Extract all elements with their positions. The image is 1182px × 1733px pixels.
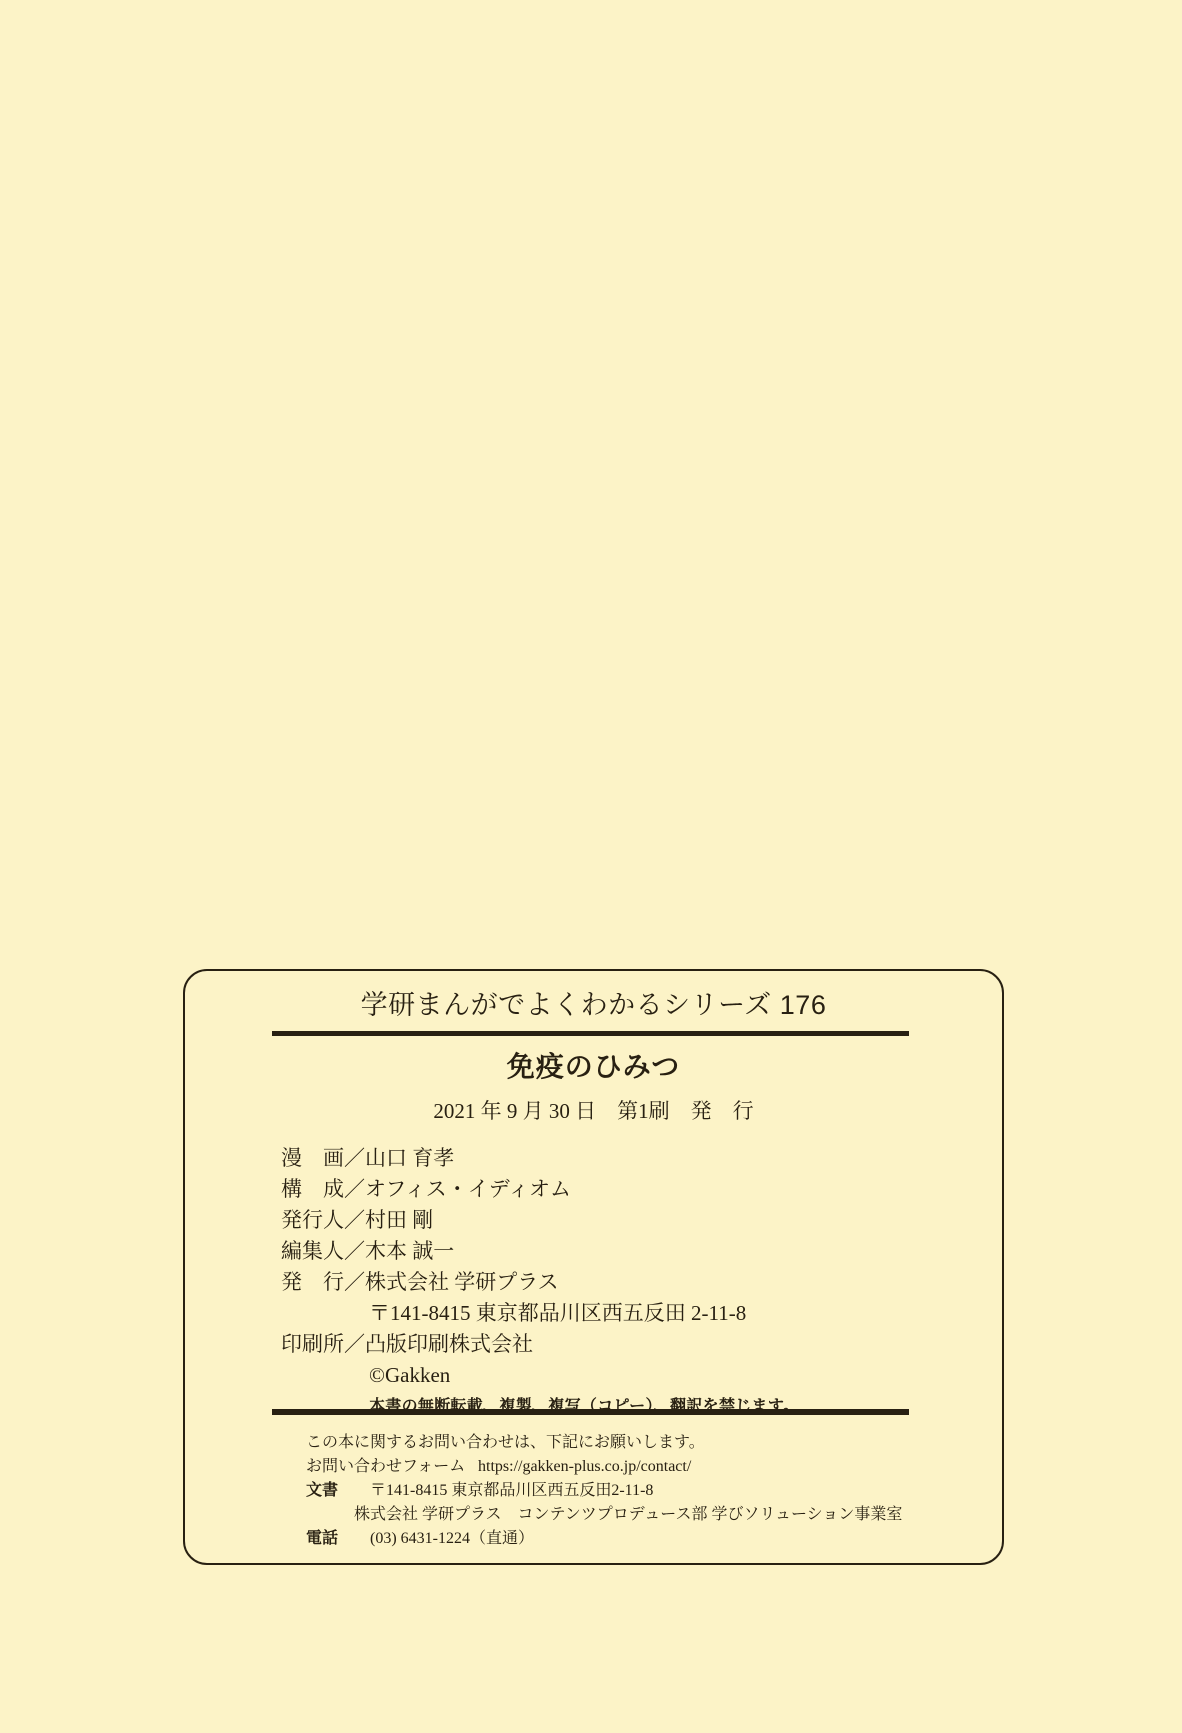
colophon-box: 学研まんがでよくわかるシリーズ 176 免疫のひみつ 2021 年 9 月 30…	[183, 969, 1004, 1565]
series-title: 学研まんがでよくわかるシリーズ 176	[185, 983, 1002, 1022]
contact-phone-label: 電話	[306, 1527, 370, 1551]
credit-line-editor: 編集人／木本 誠一	[281, 1236, 982, 1267]
copyright-mark: ©Gakken	[281, 1360, 982, 1391]
copyright-notice: 本書の無断転載、複製、複写（コピー）、翻訳を禁じます。	[281, 1391, 982, 1422]
contact-document-line: 文書〒141-8415 東京都品川区西五反田2-11-8	[306, 1479, 986, 1503]
series-divider-rule	[272, 1031, 909, 1036]
contact-form-line: お問い合わせフォームhttps://gakken-plus.co.jp/cont…	[306, 1455, 986, 1479]
contact-block: この本に関するお問い合わせは、下記にお願いします。 お問い合わせフォームhttp…	[306, 1431, 986, 1551]
credit-line-publishing-company: 発 行／株式会社 学研プラス	[281, 1267, 982, 1298]
contact-divider-rule	[272, 1409, 909, 1415]
contact-phone-line: 電話(03) 6431-1224（直通）	[306, 1527, 986, 1551]
credit-line-publisher-address: 〒141-8415 東京都品川区西五反田 2-11-8	[281, 1298, 982, 1329]
edition-date-line: 2021 年 9 月 30 日 第1刷 発 行	[185, 1095, 1002, 1125]
book-title: 免疫のひみつ	[185, 1045, 1002, 1085]
contact-intro: この本に関するお問い合わせは、下記にお願いします。	[306, 1431, 986, 1455]
contact-phone-number: (03) 6431-1224（直通）	[370, 1530, 534, 1547]
contact-form-url: https://gakken-plus.co.jp/contact/	[478, 1458, 691, 1475]
page: { "page": { "background_color": "#fcf3c7…	[0, 0, 1182, 1733]
contact-company-line: 株式会社 学研プラス コンテンツプロデュース部 学びソリューション事業室	[306, 1503, 986, 1527]
contact-form-label: お問い合わせフォーム	[306, 1455, 478, 1479]
credit-line-publisher-person: 発行人／村田 剛	[281, 1205, 982, 1236]
contact-document-label: 文書	[306, 1479, 370, 1503]
credit-line-printer: 印刷所／凸版印刷株式会社	[281, 1329, 982, 1360]
credit-line-kousei: 構 成／オフィス・イディオム	[281, 1174, 982, 1205]
credits-block: 漫 画／山口 育孝 構 成／オフィス・イディオム 発行人／村田 剛 編集人／木本…	[281, 1143, 982, 1422]
credit-line-manga: 漫 画／山口 育孝	[281, 1143, 982, 1174]
contact-document-address: 〒141-8415 東京都品川区西五反田2-11-8	[370, 1482, 653, 1499]
